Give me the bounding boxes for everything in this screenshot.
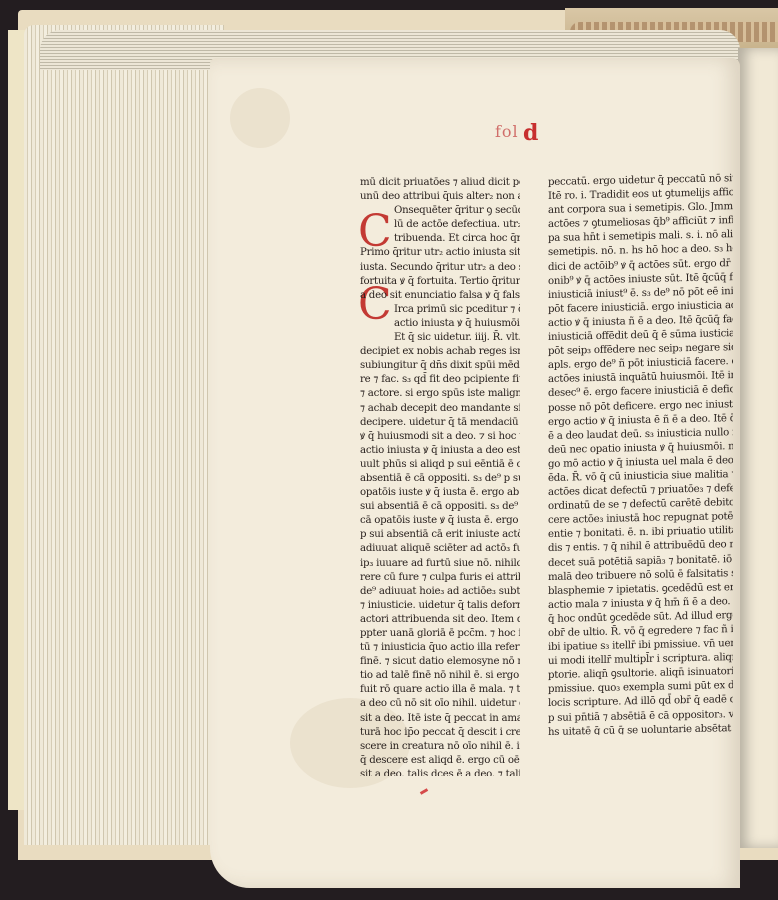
text-line: ⁊ iniusticie. uidetur q̄ talis deformita… [360, 599, 520, 613]
text-line: decipiet ex nobis achab reges isrl. Et p… [360, 345, 520, 359]
text-line: sui absentiā ē cā oppositi. s₃ de⁹ p sui… [360, 500, 520, 514]
text-line: adiuuat aliquē sciēter ad actō₃ furti si… [360, 542, 520, 556]
text-line: tū ⁊ iniusticia q̄uo actio illa refertur… [360, 641, 520, 655]
text-line: ꝟ q̄ huiusmodi sit a deo. ⁊ si hoc uerū … [360, 430, 520, 444]
text-line: ⁊ achab decepit deo mandante sibi mentir… [360, 402, 520, 416]
text-line: de⁹ adiuuat hoie₃ ad actiōe₃ subtractā m… [360, 585, 520, 599]
text-line: q̄ descere est aliqd ē. ergo cū oē quod … [360, 754, 520, 768]
text-line: absentiā ē cā oppositi. s₃ de⁹ p sui pn̄… [360, 472, 520, 486]
text-line: uult phūs si aliqd p sui eēntiā ē cā ali… [360, 458, 520, 472]
text-line: p sui absentiā cā erit iniuste actōis. I… [360, 528, 520, 542]
text-line: ip₃ iuuare ad furtū siue nō. nihilomin⁹ … [360, 557, 520, 571]
text-line: fortuita ꝟ q̄ fortuita. Tertio q̄ritur u… [360, 275, 520, 289]
text-line: subiungitur q̄ dn̄s dixit spūi mēdaci. e… [360, 359, 520, 373]
text-line: tio ad talē finē nō nihil ē. si ergo tal… [360, 669, 520, 683]
text-line: Primo q̄ritur utr₂ actio iniusta sit a d… [360, 246, 520, 260]
text-line: fuit rō quare actio illa ē mala. ⁊ talis… [360, 683, 520, 697]
text-line: Et q̄ sic uidetur. iiij. R̄. vlt. Quis [360, 331, 520, 345]
text-line: Irca primū sic pceditur ⁊ q̄ritur utr₂ [360, 303, 520, 317]
text-line: actori attribuenda sit deo. Item dare et… [360, 613, 520, 627]
folio-number: fol [495, 122, 519, 141]
text-line: iusta. Secundo q̄ritur utr₂ a deo sit op… [360, 261, 520, 275]
text-line: scere in creatura nō oīo nihil ē. imo ho… [360, 740, 520, 754]
page-block-fore-edge [24, 25, 224, 845]
text-column-right: peccatū. ergo uidetur q̄ peccatū nō sit … [548, 172, 733, 736]
text-line: a deo sit enunciatio falsa ꝟ q̄ falsa. [360, 289, 520, 303]
text-line: lū de actōe defectiua. utr₂ sit deo at- [360, 218, 520, 232]
text-line: sit a deo. Itē iste q̄ peccat in amando … [360, 712, 520, 726]
text-line: actio iniusta ꝟ q̄ huiusmōi sit a deo. [360, 317, 520, 331]
text-line: unū deo attribui q̄uis alter₂ non attrib… [360, 190, 520, 204]
text-line: cā opatōis iuste ꝟ q̄ iusta ē. ergo ab o… [360, 514, 520, 528]
text-line: turā hoc ip̄o peccat q̄ descit i creatur… [360, 726, 520, 740]
text-line: tribuenda. Et circa hoc q̄ritur tria. [360, 232, 520, 246]
text-line: ⁊ actore. si ergo spūs iste malign⁹ ment… [360, 387, 520, 401]
folio-rubric-mark: d [523, 120, 538, 146]
text-line: actio iniusta ꝟ q̄ iniusta a deo est. It… [360, 444, 520, 458]
text-line: mū dicit priuatōes ⁊ aliud dicit pōnē. ⁊… [360, 176, 520, 190]
text-line: ppter uanā gloriā ē pcc̄m. ⁊ hoc ip̄o ē … [360, 627, 520, 641]
text-line: finē. ⁊ sicut datio elemosyne nō nihil ē… [360, 655, 520, 669]
text-line: re ⁊ fac. s₃ qd̄ fit deo pcipiente fit d… [360, 373, 520, 387]
facing-page-edge [738, 48, 778, 848]
text-line: rere cū fure ⁊ culpa furis ei attribuitu… [360, 571, 520, 585]
text-column-left: mū dicit priuatōes ⁊ aliud dicit pōnē. ⁊… [360, 176, 520, 776]
text-line: a deo cū nō sit oīo nihil. uidetur q̄ ta… [360, 697, 520, 711]
text-line: decipere. uidetur q̄ tā mendaciū q̄3 dec… [360, 416, 520, 430]
text-line: opatōis iuste ꝟ q̄ iusta ē. ergo ab oppo… [360, 486, 520, 500]
text-line: sit a deo. talis dces ē a deo. ⁊ talis e… [360, 768, 520, 776]
text-line: Onsequēter q̄ritur ꝯ secūdū articu- [360, 204, 520, 218]
